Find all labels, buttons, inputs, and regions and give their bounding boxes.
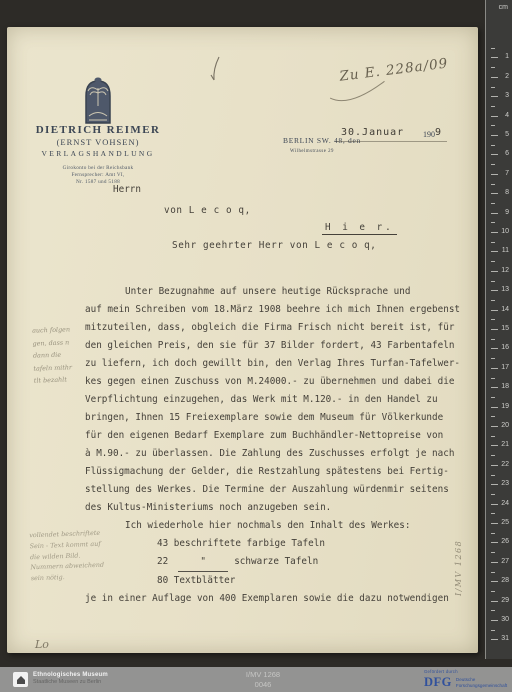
salutation: Sehr geehrter Herr von L e c o q, (172, 240, 377, 251)
ruler-number: 12 (501, 267, 509, 274)
shelfmark: I/MV 1268 (228, 670, 298, 679)
publisher-emblem-icon (80, 76, 116, 130)
ruler-tick (491, 523, 498, 524)
letter-body-line: 80 Textblätter (85, 572, 481, 590)
margin-note-line: tlt bezahlt (34, 374, 73, 388)
letterhead-phone-line1: Fernsprecher: Amt VI, (35, 172, 161, 179)
ruler-number: 17 (501, 364, 509, 371)
letter-body-line: auf mein Schreiben vom 18.März 1908 beeh… (85, 301, 481, 319)
ruler-tick (491, 96, 498, 97)
ruler-number: 30 (501, 616, 509, 623)
letter-body-line: des Kultus-Ministeriums noch anzugeben s… (85, 499, 481, 517)
ruler-number: 11 (502, 247, 509, 254)
ruler-tick (491, 116, 498, 117)
publisher-name: DIETRICH REIMER (35, 124, 161, 136)
ruler-number: 27 (501, 558, 509, 565)
street-printed: Wilhelmstrasse 29 (290, 149, 473, 154)
ruler-number: 1 (505, 53, 509, 60)
ruler-number: 9 (505, 209, 509, 216)
ruler-tick (491, 639, 498, 640)
dfg-full-name: Deutsche Forschungsgemeinschaft (456, 677, 507, 687)
letter-body-line: stellung des Werkes. Die Termine der Aus… (85, 481, 481, 499)
letter-body-line: kes gegen einen Zuschuss von M.24000.- z… (85, 373, 481, 391)
ruler-number: 3 (505, 92, 509, 99)
ruler-tick (491, 193, 498, 194)
ruler-number: 4 (505, 112, 509, 119)
ruler-tick (491, 387, 498, 388)
ruler-number: 16 (501, 344, 509, 351)
ruler-tick (491, 630, 495, 631)
letter-body-line: Verpflichtung einzugehen, das Werk mit M… (85, 391, 481, 409)
ruler-tick (491, 319, 495, 320)
scan-page-number: 0046 (228, 680, 298, 689)
margin-note-line: auch folgen (32, 323, 71, 337)
ruler-tick (491, 300, 495, 301)
ruler-tick (491, 436, 495, 437)
ruler-tick (491, 67, 495, 68)
ruler-tick (491, 271, 498, 272)
ruler-tick (491, 242, 495, 243)
letter-body-line: den gleichen Preis, den sie für 37 Bilde… (85, 337, 481, 355)
letter-body-line: 22"schwarze Tafeln (85, 553, 481, 572)
margin-note-line: gen, dass n (32, 336, 71, 350)
dfg-logo: Gefördert durch DFG Deutsche Forschungsg… (424, 669, 507, 690)
publisher-name-2: (ERNST VOHSEN) (35, 137, 161, 147)
ruler-tick (491, 222, 495, 223)
ruler-tick (491, 610, 495, 611)
ruler-tick (491, 164, 495, 165)
ruler-number: 31 (501, 635, 509, 642)
ruler-tick (491, 513, 495, 514)
dfg-funded-by-label: Gefördert durch (424, 669, 507, 674)
ruler-number: 10 (501, 228, 509, 235)
letter-body-line: 43 beschriftete farbige Tafeln (85, 535, 481, 553)
recipient-place: H i e r. (322, 222, 397, 233)
ruler-tick (491, 572, 495, 573)
ruler-tick (491, 154, 498, 155)
ruler-tick (491, 368, 498, 369)
letter-body-line: à M.90.- zu überlassen. Die Zahlung des … (85, 445, 481, 463)
pencil-margin-note-2: vollendet beschrifteteSein - Text kommt … (29, 528, 105, 585)
ruler-tick (491, 251, 498, 252)
ruler-tick (491, 48, 495, 49)
ruler-tick (491, 601, 498, 602)
letterhead: DIETRICH REIMER (ERNST VOHSEN) VERLAGSHA… (35, 124, 161, 186)
ruler-tick (491, 77, 498, 78)
ruler-tick (491, 465, 498, 466)
ruler-tick (491, 581, 498, 582)
letter-body-line: für den eigenen Bedarf Exemplare zum Buc… (85, 427, 481, 445)
museum-name-block: Ethnologisches Museum Staatliche Museen … (33, 672, 108, 685)
cm-ruler: cm 1234567891011121314151617181920212223… (485, 0, 512, 659)
ruler-tick (491, 290, 498, 291)
letter-body-line: Ich wiederhole hier nochmals den Inhalt … (85, 517, 481, 535)
pencil-inscription-top-right: Zu E. 228a/09 (339, 49, 500, 84)
letter-body-line: bringen, Ihnen 15 Freiexemplare sowie de… (85, 409, 481, 427)
ruler-tick (491, 125, 495, 126)
letter-body: Unter Bezugnahme auf unsere heutige Rück… (85, 283, 481, 608)
typed-date: 30.Januar (341, 127, 404, 138)
ruler-number: 29 (501, 597, 509, 604)
ruler-tick (491, 358, 495, 359)
ruler-tick (491, 552, 495, 553)
ruler-number: 5 (505, 131, 509, 138)
ruler-tick (491, 87, 495, 88)
ruler-number: 25 (501, 519, 509, 526)
ruler-tick (491, 310, 498, 311)
ruler-number: 21 (501, 441, 509, 448)
ruler-tick (491, 106, 495, 107)
pen-stroke-mark (208, 55, 222, 87)
museum-parent-name: Staatliche Museen zu Berlin (33, 679, 108, 685)
recipient-name: von L e c o q, (164, 205, 251, 216)
ruler-tick (491, 533, 495, 534)
letterhead-bank-line: Girokonto bei der Reichsbank (35, 165, 161, 172)
ruler-tick (491, 426, 498, 427)
ruler-tick (491, 145, 495, 146)
letter-body-line: Unter Bezugnahme auf unsere heutige Rück… (85, 283, 481, 301)
ruler-number: 15 (501, 325, 509, 332)
ruler-tick (491, 407, 498, 408)
ruler-tick (491, 135, 498, 136)
ruler-number: 19 (501, 403, 509, 410)
ruler-tick (491, 203, 495, 204)
date-line: BERLIN SW. 48, den Wilhelmstrasse 29 30.… (283, 128, 473, 154)
ruler-number: 22 (501, 461, 509, 468)
ruler-tick (491, 475, 495, 476)
ruler-tick (491, 455, 495, 456)
ruler-number: 26 (501, 538, 509, 545)
pencil-margin-note-1: auch folgengen, dass ndann dietafeln mit… (32, 323, 73, 387)
ruler-number: 24 (501, 500, 509, 507)
letter-body-line: zu liefern, ich doch gewillt bin, den Ve… (85, 355, 481, 373)
shelfmark-block: I/MV 1268 0046 (228, 670, 298, 689)
recipient-herrn: Herrn (113, 184, 141, 195)
ruler-tick (491, 184, 495, 185)
ruler-number: 6 (505, 150, 509, 157)
museum-name: Ethnologisches Museum (33, 672, 108, 678)
ruler-tick (491, 329, 498, 330)
ruler-number: 8 (505, 189, 509, 196)
ruler-tick (491, 281, 495, 282)
ruler-tick (491, 484, 498, 485)
ruler-number: 18 (501, 383, 509, 390)
ruler-tick (491, 620, 498, 621)
year-typed: 9 (435, 127, 441, 138)
ruler-tick (491, 348, 498, 349)
ruler-number: 28 (501, 577, 509, 584)
ruler-tick (491, 562, 498, 563)
archive-footer-bar: Ethnologisches Museum Staatliche Museen … (0, 667, 512, 692)
ruler-tick (491, 232, 498, 233)
ruler-number: 20 (501, 422, 509, 429)
ruler-tick (491, 416, 495, 417)
ruler-tick (491, 261, 495, 262)
ruler-tick (491, 504, 498, 505)
ruler-number: 14 (501, 306, 509, 313)
inscription-flourish (326, 77, 388, 108)
ruler-tick (491, 591, 495, 592)
ruler-number: 23 (501, 480, 509, 487)
dfg-abbreviation: DFG (424, 675, 452, 690)
ruler-number: 13 (501, 286, 509, 293)
ruler-tick (491, 339, 495, 340)
ruler-tick (491, 213, 498, 214)
ruler-number: 7 (505, 170, 509, 177)
ruler-tick (491, 397, 495, 398)
letter-page: DIETRICH REIMER (ERNST VOHSEN) VERLAGSHA… (7, 27, 478, 653)
ruler-unit-label: cm (499, 4, 508, 11)
letter-body-line: je in einer Auflage von 400 Exemplaren s… (85, 590, 481, 608)
pencil-inscription-vertical: I/MV 1268 (454, 524, 463, 596)
ruler-tick (491, 494, 495, 495)
date-rule (335, 141, 447, 142)
ruler-tick (491, 174, 498, 175)
pencil-mark-bottom-left: Lo (35, 638, 49, 651)
ruler-tick (491, 378, 495, 379)
ruler-tick (491, 542, 498, 543)
letterhead-phone-line2: Nr. 1587 und 5188 (35, 179, 161, 186)
year-printed: 190 (423, 130, 435, 139)
publisher-role: VERLAGSHANDLUNG (35, 149, 161, 158)
ruler-number: 2 (505, 73, 509, 80)
letter-body-line: mitzuteilen, dass, obgleich die Firma Fr… (85, 319, 481, 337)
ruler-tick (491, 57, 498, 58)
museum-logo-icon (13, 672, 28, 692)
ruler-tick (491, 445, 498, 446)
letter-body-line: Flüssigmachung der Gelder, die Restzahlu… (85, 463, 481, 481)
